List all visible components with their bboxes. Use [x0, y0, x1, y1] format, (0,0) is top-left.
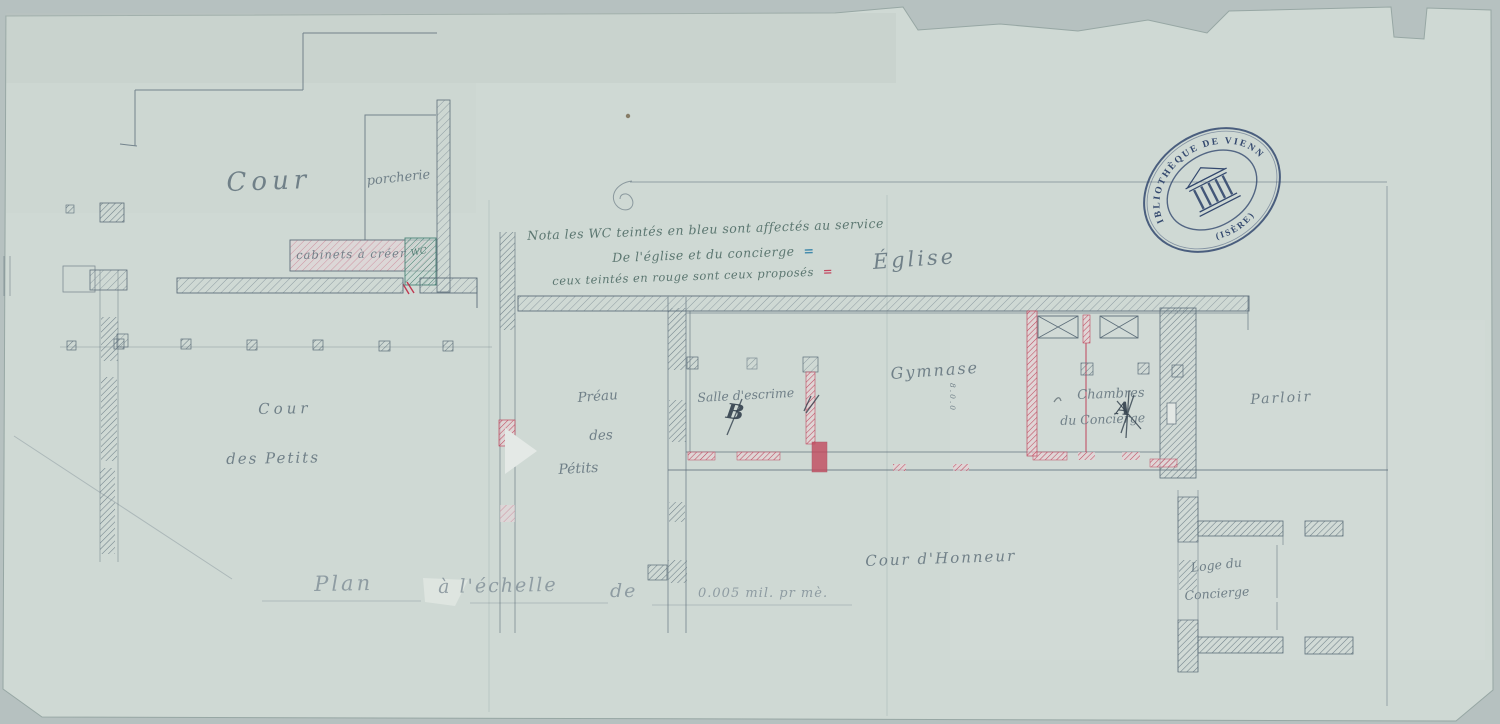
dimension-note: 8.0.0 [948, 383, 957, 412]
annotation-a: A [1115, 398, 1131, 420]
label-chambres-1: Chambres [1077, 386, 1145, 403]
annotation-b: B [725, 398, 746, 425]
label-cour-des-petits-2: des Petits [226, 448, 320, 468]
note-line-3: ceux teintés en rouge sont ceux proposés [552, 265, 814, 288]
note-line-2-row: De l'église et du concierge= [612, 243, 813, 265]
scale-caption-word2: à l'échelle [438, 574, 558, 598]
label-porcherie: porcherie [366, 167, 431, 189]
blue-equals-mark: = [803, 243, 813, 258]
label-loge-2: Concierge [1184, 583, 1250, 602]
label-cour-des-petits-1: Cour [258, 399, 312, 418]
note-line-3-row: ceux teintés en rouge sont ceux proposés… [552, 264, 832, 288]
scale-caption-word4: 0.005 mil. pr mè. [698, 586, 828, 601]
label-preau-3: Pétits [558, 460, 599, 478]
scale-caption-word3: de [610, 580, 637, 602]
handwritten-labels: Cour porcherie cabinets à créer WC Nota … [0, 0, 1500, 724]
scanned-floor-plan: BIBLIOTHÈQUE DE VIENNE (ISÈRE) Cour porc… [0, 0, 1500, 724]
note-line-2: De l'église et du concierge [612, 244, 795, 265]
label-eglise: Église [872, 244, 957, 274]
label-cour-honneur: Cour d'Honneur [865, 547, 1017, 570]
scale-caption-word1: Plan [314, 571, 373, 596]
label-wc: WC [410, 246, 428, 259]
red-equals-mark: = [823, 264, 832, 278]
label-preau-1: Préau [577, 387, 618, 406]
label-gymnase: Gymnase [890, 358, 980, 383]
label-preau-2: des [589, 427, 613, 444]
label-cabinets: cabinets à créer [296, 246, 407, 262]
label-chambres-2: du Concierge [1060, 410, 1145, 428]
label-loge-1: Loge du [1190, 555, 1243, 575]
label-parloir: Parloir [1250, 389, 1313, 408]
note-line-1: Nota les WC teintés en bleu sont affecté… [527, 216, 884, 243]
label-cour: Cour [226, 165, 312, 198]
label-salle-escrime: Salle d'escrime [697, 385, 795, 405]
